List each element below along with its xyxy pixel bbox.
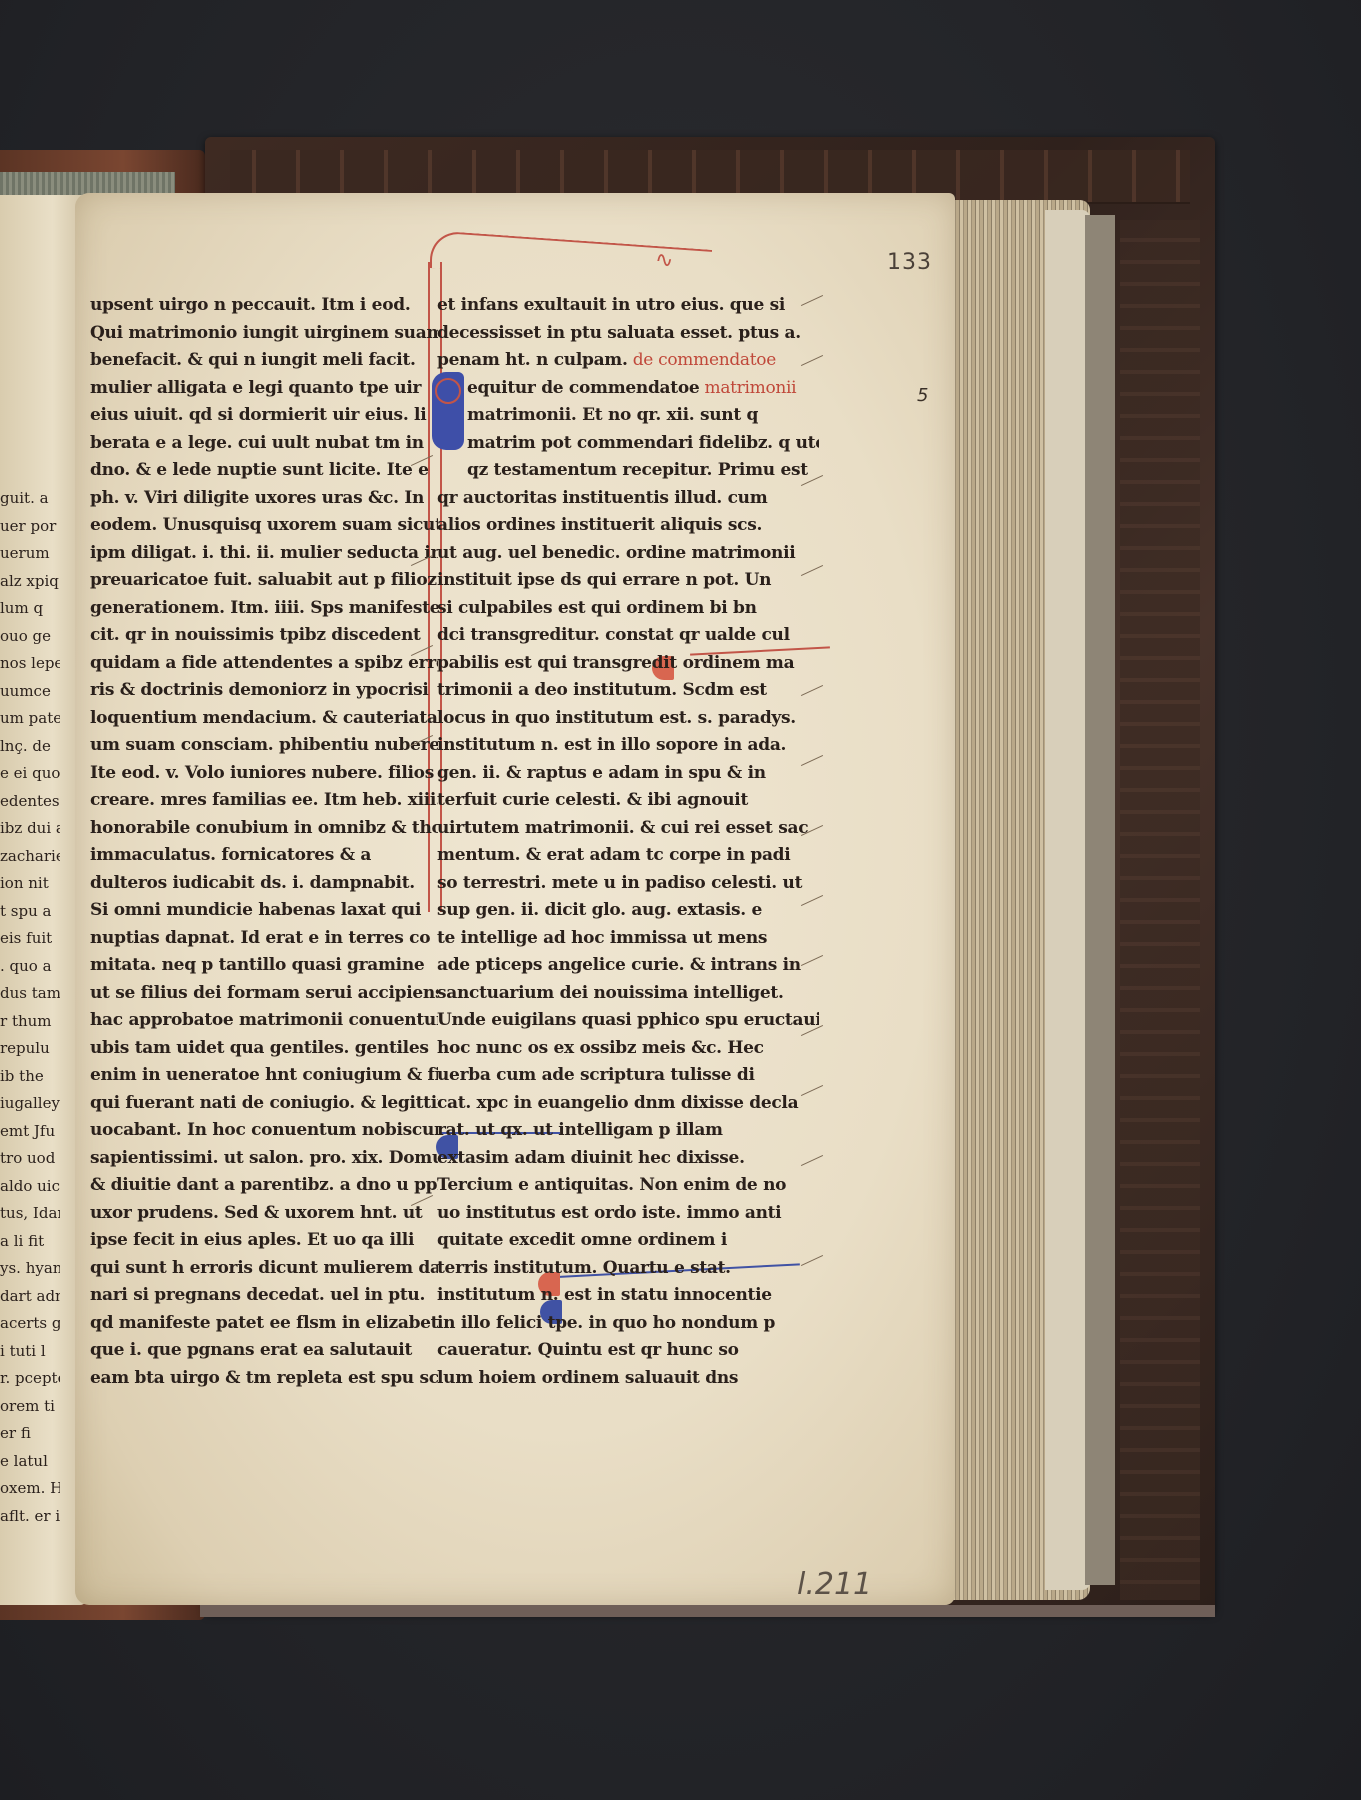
text-line: tro uod: [0, 1145, 60, 1173]
text-line: uerum: [0, 540, 60, 568]
text-line: dulteros iudicabit ds. i. dampnabit.: [90, 870, 438, 898]
cover-bottom-edge: [200, 1605, 1215, 1617]
rubric-heading: matrimonii: [699, 378, 796, 398]
text-line: qui fuerant nati de coniugio. & legittim…: [90, 1090, 438, 1118]
text-line: uerba cum ade scriptura tulisse di: [437, 1062, 819, 1090]
text-line: extasim adam diuinit hec dixisse.: [437, 1145, 819, 1173]
text-line: iugalley: [0, 1090, 60, 1118]
text-line: sup gen. ii. dicit glo. aug. extasis. e: [437, 897, 819, 925]
text-column-a: upsent uirgo n peccauit. Itm i eod.Qui m…: [90, 292, 438, 1392]
text-line: cit. qr in nouissimis tpibz discedent: [90, 622, 438, 650]
text-line: qui sunt h erroris dicunt mulierem dap: [90, 1255, 438, 1283]
text-line: enim in ueneratoe hnt coniugium & filios: [90, 1062, 438, 1090]
text-line: lum q: [0, 595, 60, 623]
text-column-b: et infans exultauit in utro eius. que si…: [437, 292, 819, 1392]
text-line: ph. v. Viri diligite uxores uras &c. In: [90, 485, 438, 513]
text-line: ut aug. uel benedic. ordine matrimonii: [437, 540, 819, 568]
text-line: cat. xpc in euangelio dnm dixisse decla: [437, 1090, 819, 1118]
text-line: matrim pot commendari fidelibz. q uteru: [437, 430, 819, 458]
text-line: t spu a: [0, 898, 60, 926]
text-line: uer por: [0, 513, 60, 541]
text-line: penam ht. n culpam. de commendatoe: [437, 347, 819, 375]
text-line: uocabant. In hoc conuentum nobiscum: [90, 1117, 438, 1145]
text-line: dus tam: [0, 980, 60, 1008]
text-line: ut se filius dei formam serui accipiens: [90, 980, 438, 1008]
text-line: i tuti l: [0, 1338, 60, 1366]
text-line: terris institutum. Quartu e stat.: [437, 1255, 819, 1283]
text-line: acerts go: [0, 1310, 60, 1338]
text-line: eam bta uirgo & tm repleta est spu sco.: [90, 1365, 438, 1393]
text-line: e latul: [0, 1448, 60, 1476]
text-line: terfuit curie celesti. & ibi agnouit: [437, 787, 819, 815]
text-line: mentum. & erat adam tc corpe in padi: [437, 842, 819, 870]
text-line: lnç. de: [0, 733, 60, 761]
text-line: lum hoiem ordinem saluauit dns: [437, 1365, 819, 1393]
text-line: nuptias dapnat. Id erat e in terres co: [90, 925, 438, 953]
text-line: qd manifeste patet ee flsm in elizabet.: [90, 1310, 438, 1338]
text-line: caueratur. Quintu est qr hunc so: [437, 1337, 819, 1365]
text-line: ibz dui a: [0, 815, 60, 843]
text-line: te intellige ad hoc immissa ut mens: [437, 925, 819, 953]
blind-tooled-border-right: [1120, 220, 1200, 1600]
text-line: institutum n. est in statu innocentie: [437, 1282, 819, 1310]
text-line: uumce: [0, 678, 60, 706]
text-line: nari si pregnans decedat. uel in ptu.: [90, 1282, 438, 1310]
text-line: ib the: [0, 1063, 60, 1091]
text-line: tus, Idam: [0, 1200, 60, 1228]
text-line: sanctuarium dei nouissima intelliget.: [437, 980, 819, 1008]
text-line: ade pticeps angelice curie. & intrans in: [437, 952, 819, 980]
text-line: orem ti di: [0, 1393, 60, 1421]
text-line: in illo felici tpe. in quo ho nondum p: [437, 1310, 819, 1338]
text-line: ris & doctrinis demoniorz in ypocrisi: [90, 677, 438, 705]
text-line: nos lepe: [0, 650, 60, 678]
text-line: trimonii a deo institutum. Scdm est: [437, 677, 819, 705]
text-line: benefacit. & qui n iungit meli facit.: [90, 347, 438, 375]
text-line: instituit ipse ds qui errare n pot. Un: [437, 567, 819, 595]
text-line: dart adm: [0, 1283, 60, 1311]
text-line: . quo a: [0, 953, 60, 981]
text-line: emt Jfu: [0, 1118, 60, 1146]
text-line: ouo ge: [0, 623, 60, 651]
text-line: aflt. er i: [0, 1503, 60, 1531]
text-line: zacharie: [0, 843, 60, 871]
text-line: institutum n. est in illo sopore in ada.: [437, 732, 819, 760]
text-line: quidam a fide attendentes a spibz erro: [90, 650, 438, 678]
text-line: Tercium e antiquitas. Non enim de no: [437, 1172, 819, 1200]
text-line: gen. ii. & raptus e adam in spu & in: [437, 760, 819, 788]
text-line: uxor prudens. Sed & uxorem hnt. ut: [90, 1200, 438, 1228]
text-line: uirtutem matrimonii. & cui rei esset sac: [437, 815, 819, 843]
text-line: hac approbatoe matrimonii conuentum: [90, 1007, 438, 1035]
text-line: berata e a lege. cui uult nubat tm in: [90, 430, 438, 458]
text-line: Unde euigilans quasi pphico spu eructaui…: [437, 1007, 819, 1035]
text-line: creare. mres familias ee. Itm heb. xiii.: [90, 787, 438, 815]
text-line: decessisset in ptu saluata esset. ptus a…: [437, 320, 819, 348]
text-line: uo institutus est ordo iste. immo anti: [437, 1200, 819, 1228]
text-line: eius uiuit. qd si dormierit uir eius. li: [90, 402, 438, 430]
text-line: eodem. Unusquisq uxorem suam sicut se: [90, 512, 438, 540]
text-line: hoc nunc os ex ossibz meis &c. Hec: [437, 1035, 819, 1063]
text-line: rat. ut qx. ut intelligam p illam: [437, 1117, 819, 1145]
fore-edge-flyleaf: [1045, 210, 1090, 1590]
text-line: ubis tam uidet qua gentiles. gentiles: [90, 1035, 438, 1063]
fore-edge-shadow: [1085, 215, 1115, 1585]
text-line: honorabile conubium in omnibz & thorus: [90, 815, 438, 843]
text-line: equitur de commendatoe matrimonii: [437, 375, 819, 403]
text-line: aldo uic: [0, 1173, 60, 1201]
text-line: pabilis est qui transgredit ordinem ma: [437, 650, 819, 678]
pen-flourish-curl-icon: ∿: [655, 248, 715, 268]
text-line: loquentium mendacium. & cauteriatam hnti: [90, 705, 438, 733]
text-line: immaculatus. fornicatores & a: [90, 842, 438, 870]
text-line: e ei quod: [0, 760, 60, 788]
text-line: preuaricatoe fuit. saluabit aut p filioz: [90, 567, 438, 595]
text-line: ipse fecit in eius aples. Et uo qa illi: [90, 1227, 438, 1255]
text-line: quitate excedit omne ordinem i: [437, 1227, 819, 1255]
text-line: r thum: [0, 1008, 60, 1036]
text-line: a li fit: [0, 1228, 60, 1256]
text-line: er fi: [0, 1420, 60, 1448]
text-line: alz xpiq: [0, 568, 60, 596]
text-line: et infans exultauit in utro eius. que si: [437, 292, 819, 320]
text-line: generationem. Itm. iiii. Sps manifeste d…: [90, 595, 438, 623]
text-line: mitata. neq p tantillo quasi gramine: [90, 952, 438, 980]
text-line: & diuitie dant a parentibz. a dno u ppri…: [90, 1172, 438, 1200]
text-line: dci transgreditur. constat qr ualde cul: [437, 622, 819, 650]
verso-text-fragment: guit. auer poruerumalz xpiqlum qouo geno…: [0, 485, 60, 1530]
folio-number: 133: [887, 250, 932, 275]
text-line: so terrestri. mete u in padiso celesti. …: [437, 870, 819, 898]
rubric-heading: de commendatoe: [628, 350, 776, 370]
text-line: guit. a: [0, 485, 60, 513]
text-line: oxem. He: [0, 1475, 60, 1503]
text-line: qr auctoritas instituentis illud. cum: [437, 485, 819, 513]
text-line: r. pcepto: [0, 1365, 60, 1393]
text-line: ion nit: [0, 870, 60, 898]
text-line: edentes: [0, 788, 60, 816]
text-line: locus in quo institutum est. s. paradys.: [437, 705, 819, 733]
text-line: matrimonii. Et no qr. xii. sunt q: [437, 402, 819, 430]
text-line: Qui matrimonio iungit uirginem suam: [90, 320, 438, 348]
text-line: upsent uirgo n peccauit. Itm i eod.: [90, 292, 438, 320]
text-line: um pater: [0, 705, 60, 733]
text-line: Si omni mundicie habenas laxat qui: [90, 897, 438, 925]
text-line: eis fuit: [0, 925, 60, 953]
quire-mark: 5: [917, 385, 928, 406]
text-line: qz testamentum recepitur. Primu est: [437, 457, 819, 485]
shelf-mark: l.211: [797, 1567, 872, 1602]
text-line: mulier alligata e legi quanto tpe uir: [90, 375, 438, 403]
text-line: repulu: [0, 1035, 60, 1063]
text-line: sapientissimi. ut salon. pro. xix. Domus: [90, 1145, 438, 1173]
text-line: um suam consciam. phibentiu nubere &c.: [90, 732, 438, 760]
text-line: ys. hyan: [0, 1255, 60, 1283]
text-line: dno. & e lede nuptie sunt licite. Ite e: [90, 457, 438, 485]
text-line: que i. que pgnans erat ea salutauit: [90, 1337, 438, 1365]
text-line: Ite eod. v. Volo iuniores nubere. filios…: [90, 760, 438, 788]
text-line: si culpabiles est qui ordinem bi bn: [437, 595, 819, 623]
text-line: alios ordines instituerit aliquis scs.: [437, 512, 819, 540]
text-line: ipm diligat. i. thi. ii. mulier seducta …: [90, 540, 438, 568]
